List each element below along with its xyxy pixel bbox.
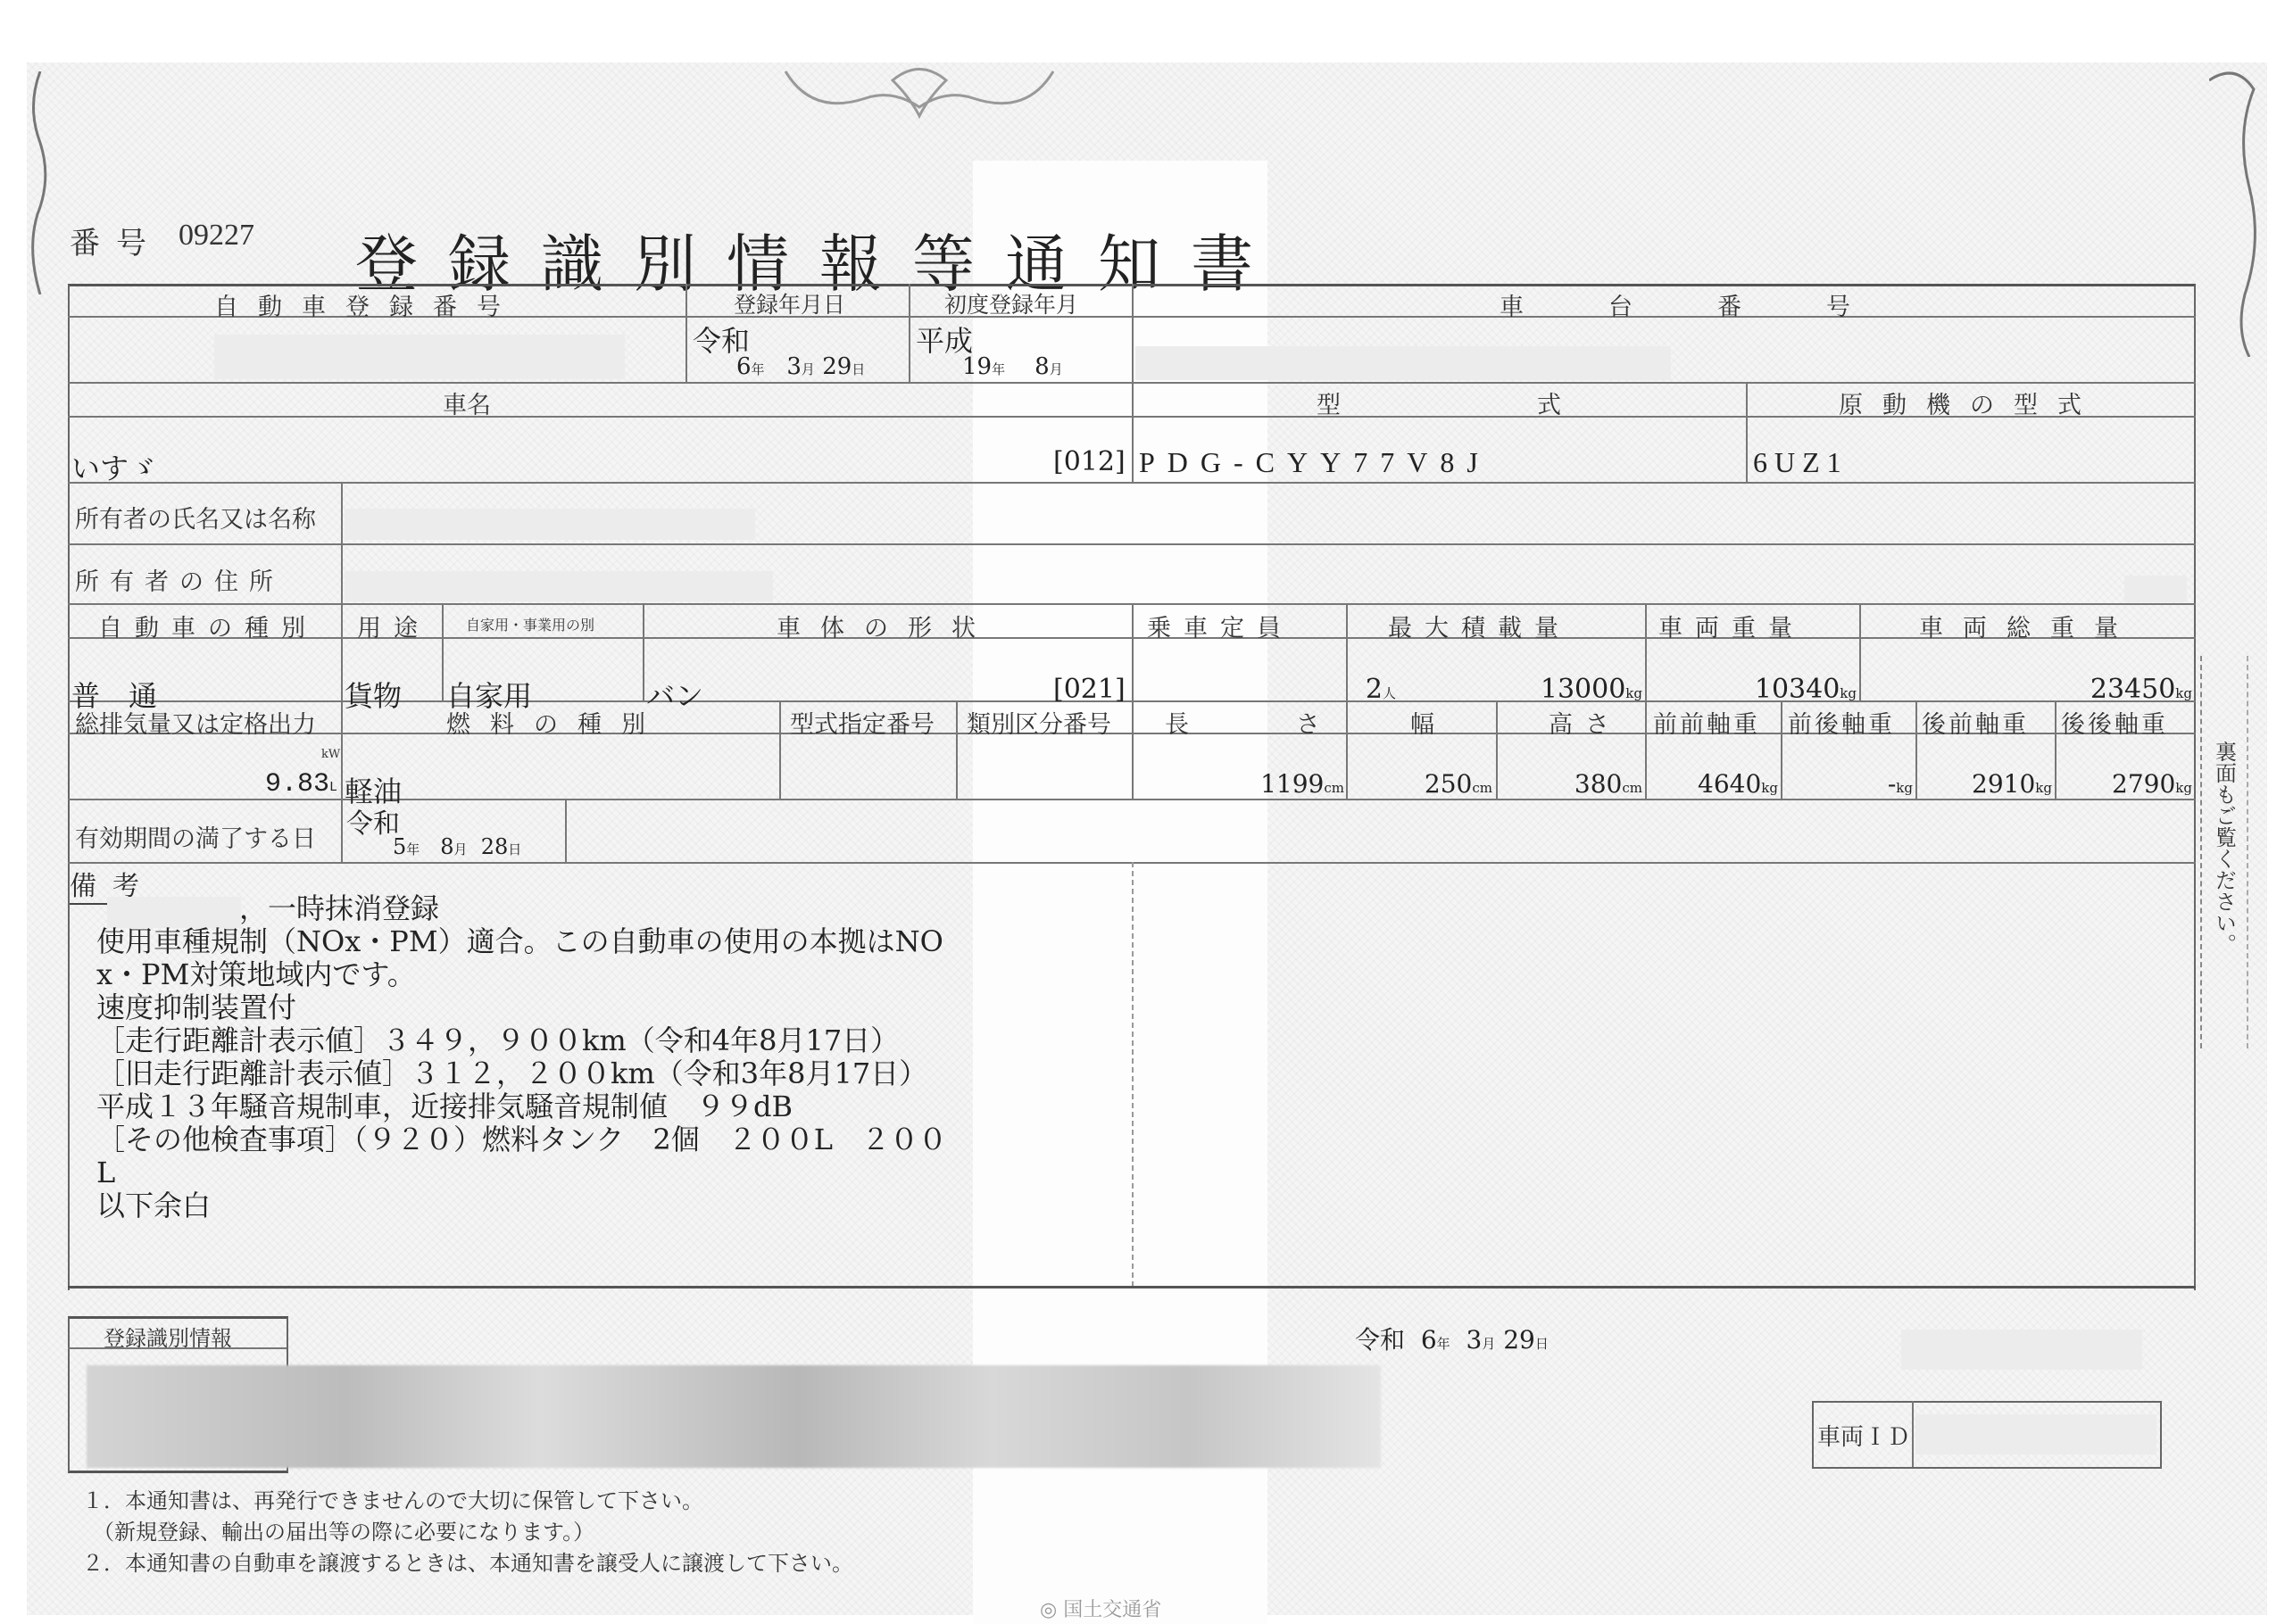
- car-name: いすゞ: [71, 446, 157, 487]
- issue-date: 令和 6年 3月 29日: [1355, 1321, 1549, 1356]
- remarks-line: ，一時抹消登録: [96, 892, 947, 925]
- header-rf-axle: 後前軸重: [1922, 705, 2029, 740]
- registration-date-value: 6年 3月 29日: [736, 353, 865, 380]
- header-registration-date: 登録年月日: [734, 287, 845, 319]
- header-vehicle-weight: 車両重量: [1658, 609, 1805, 643]
- remarks-line: 速度抑制装置付: [96, 991, 947, 1024]
- header-length: 長さ: [1165, 705, 1427, 740]
- remarks-line: L: [96, 1156, 947, 1189]
- issuer-footer: ◎ 国土交通省: [1040, 1595, 1161, 1622]
- remarks-line: ［走行距離計表示値］３４９，９００km（令和4年8月17日）: [96, 1024, 947, 1057]
- body-shape-code: [021]: [1053, 674, 1126, 705]
- height-value: 380cm: [1498, 769, 1642, 799]
- header-rr-axle: 後後軸重: [2061, 705, 2168, 740]
- header-body-shape: 車体の形状: [777, 609, 995, 643]
- header-owner-name: 所有者の氏名又は名称: [75, 500, 316, 534]
- owner-name-redacted: [345, 509, 755, 540]
- remarks-line: 使用車種規制（NOx・PM）適合。この自動車の使用の本拠はNO: [96, 925, 947, 958]
- vehicle-id-redacted: [1915, 1414, 2156, 1454]
- width-value: 250cm: [1348, 769, 1492, 799]
- header-private-business: 自家用・事業用の別: [466, 614, 594, 634]
- remarks-line: 以下余白: [96, 1189, 947, 1222]
- expiry-era: 令和: [346, 801, 400, 841]
- header-fr-axle: 前後軸重: [1788, 705, 1895, 740]
- header-width: 幅: [1410, 705, 1434, 740]
- owner-address-redacted: [345, 571, 773, 601]
- max-load-value: 13000kg: [1428, 674, 1642, 705]
- chassis-number-redacted: [1135, 346, 1671, 380]
- info-box-label: 登録識別情報: [104, 1321, 232, 1352]
- header-fuel-type: 燃料の種別: [446, 705, 665, 740]
- header-height: 高さ: [1549, 705, 1622, 740]
- header-vehicle-type: 自動車の種別: [98, 609, 318, 643]
- header-model: 型式: [1317, 385, 1757, 420]
- remarks-line: ［旧走行距離計表示値］３１２，２００km（令和3年8月17日）: [96, 1057, 947, 1090]
- header-first-registration: 初度登録年月: [944, 287, 1078, 319]
- header-capacity: 乗車定員: [1147, 609, 1293, 643]
- length-value: 1199cm: [1134, 769, 1344, 799]
- remarks-line: ［その他検査事項］（９２０）燃料タンク 2個 ２００L ２００: [96, 1123, 947, 1156]
- header-registration-number: 自動車登録番号: [214, 287, 520, 322]
- header-ff-axle: 前前軸重: [1653, 705, 1760, 740]
- header-max-load: 最大積載量: [1388, 609, 1571, 643]
- vehicle-id-label: 車両ＩＤ: [1817, 1419, 1910, 1452]
- left-border-ornament-icon: [27, 71, 54, 294]
- gross-weight-value: 23450kg: [1874, 674, 2192, 705]
- remarks-line: 平成１３年騒音規制車，近接排気騒音規制値 ９９dB: [96, 1090, 947, 1123]
- expiry-date-value: 5年 8月 28日: [393, 834, 521, 859]
- header-category-number: 類別区分番号: [967, 705, 1111, 740]
- car-name-code: [012]: [1053, 446, 1126, 477]
- header-chassis-number: 車台番号: [1500, 287, 1935, 322]
- registration-number-redacted: [214, 335, 625, 379]
- side-note: 裏面もご覧ください。: [2200, 656, 2248, 1048]
- header-car-name-1: 車名: [443, 385, 491, 420]
- notes: １．本通知書は、再発行できませんので大切に保管して下さい。 （新規登録、輸出の届…: [82, 1486, 853, 1579]
- use-value: 貨物: [345, 674, 402, 715]
- header-expiry: 有効期間の満了する日: [75, 819, 316, 854]
- remarks-line: x・PM対策地域内です。: [96, 958, 947, 991]
- header-type-designation: 型式指定番号: [790, 705, 935, 740]
- header-engine-model: 原動機の型式: [1839, 385, 2101, 420]
- model-value: PDG-CYY77V8J: [1139, 446, 1491, 479]
- ff-axle-value: 4640kg: [1647, 769, 1778, 799]
- header-owner-address: 所有者の住所: [75, 562, 284, 597]
- displacement-unit-top: kW: [321, 748, 340, 761]
- right-border-ornament-icon: [2209, 62, 2263, 357]
- rr-axle-value: 2790kg: [2056, 769, 2192, 799]
- document-number: 09227: [179, 219, 254, 253]
- address-extra-redacted: [2124, 576, 2187, 602]
- vehicle-weight-value: 10340kg: [1660, 674, 1857, 705]
- note-line: ２．本通知書の自動車を譲渡するときは、本通知書を譲受人に譲渡して下さい。: [82, 1548, 853, 1579]
- top-ornament-icon: [777, 62, 1062, 120]
- header-gross-weight: 車両総重量: [1919, 609, 2138, 643]
- first-registration-value: 19年 8月: [962, 353, 1063, 380]
- displacement-value: 9.83L: [179, 769, 337, 800]
- issuer-redacted: [1901, 1330, 2142, 1370]
- note-line: （新規登録、輸出の届出等の際に必要になります。）: [82, 1517, 853, 1548]
- engine-model-value: 6UZ1: [1753, 446, 1849, 479]
- rf-axle-value: 2910kg: [1917, 769, 2052, 799]
- header-use: 用途: [357, 609, 430, 643]
- registration-info-redacted: [87, 1365, 1381, 1468]
- document-number-label: 番号: [70, 219, 162, 262]
- header-displacement: 総排気量又は定格出力: [75, 705, 316, 740]
- capacity-value: 2人: [1285, 674, 1396, 705]
- note-line: １．本通知書は、再発行できませんので大切に保管して下さい。: [82, 1486, 853, 1517]
- remarks-text: ，一時抹消登録使用車種規制（NOx・PM）適合。この自動車の使用の本拠はNOx・…: [96, 892, 947, 1222]
- fr-axle-value: -kg: [1782, 769, 1913, 799]
